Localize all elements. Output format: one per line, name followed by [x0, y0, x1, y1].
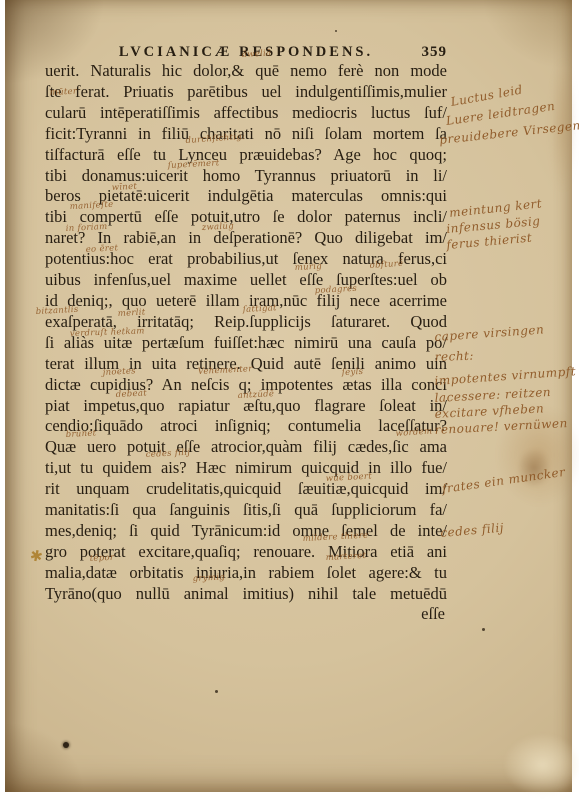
- page-number: 359: [422, 44, 448, 61]
- book-page: LVCIANICÆ RESPONDENS. 359 uerit. Natural…: [5, 0, 572, 792]
- wormhole-dot: [63, 742, 69, 748]
- text-line: rit unquam crudelitatis,quicquid ſæuitiæ…: [45, 479, 447, 500]
- paper-speck: [215, 690, 218, 693]
- interlinear-gloss: antzūdē: [237, 389, 274, 401]
- interlinear-gloss: ſeyls: [341, 367, 363, 378]
- margin-annotation: cedes filij: [440, 520, 505, 540]
- text-line: ſte ferat. Priuatis parētibus uel indulg…: [45, 82, 447, 103]
- margin-annotation: frates ein muncker: [441, 465, 566, 496]
- interlinear-gloss: mūrig: [294, 262, 322, 273]
- interlinear-gloss: marteret: [325, 551, 366, 563]
- text-line: tibi donamus:uicerit homo Tyrannus priua…: [45, 166, 447, 187]
- interlinear-gloss: mūter: [49, 87, 77, 98]
- page-corner-shadow-top-right: [482, 0, 572, 70]
- text-line: uerit. Naturalis hic dolor,& quē nemo fe…: [45, 61, 447, 82]
- paper-speck: [482, 628, 485, 631]
- text-line: Tyrāno(quo nullū animal imitius) nihil t…: [45, 584, 447, 605]
- text-line: Quæ uero potuit eſſe atrocior,quàm filij…: [45, 437, 447, 458]
- text-line: uibus infenſus,uel maxime uellet eſſe ſu…: [45, 270, 447, 291]
- page-corner-shadow-bottom-left: [5, 722, 85, 792]
- text-line: cularū intēperatiſſimis affectibus medio…: [45, 103, 447, 124]
- interlinear-gloss: zwalūg: [201, 221, 234, 233]
- margin-flower-mark-icon: ✱: [28, 546, 44, 566]
- interlinear-gloss: brünet: [65, 428, 96, 440]
- pale-stain: [505, 735, 579, 795]
- text-line: manitatis:ſi qua ſanguinis ſitis,ſi quā …: [45, 500, 447, 521]
- catchword: eſſe: [421, 604, 445, 624]
- margin-annotation: capere virsingen: [434, 322, 545, 344]
- margin-annotation: impotentes virnumpft: [434, 364, 576, 388]
- interlinear-gloss: merlit: [117, 308, 145, 319]
- text-line: tiſfacturā eſſe tu Lynceu præuidebas? Ag…: [45, 145, 447, 166]
- text-line: malia,datæ orbitatis iniuria,in rabiem ſ…: [45, 563, 447, 584]
- interlinear-gloss: jnoetes: [102, 366, 136, 378]
- text-line: ficit:Tyranni in filiū charitati nō niſi…: [45, 124, 447, 145]
- text-line: ti,ut tu quidem ais? Hæc nimirum quicqui…: [45, 458, 447, 479]
- interlinear-gloss: wīnet: [111, 182, 137, 193]
- text-line: mes,deniq; ſi quid Tyrānicum:id omne ſem…: [45, 521, 447, 542]
- interlinear-gloss: grymig: [192, 572, 225, 584]
- margin-annotation: recht:: [435, 349, 475, 364]
- interlinear-gloss: ſattigat: [242, 303, 277, 315]
- interlinear-gloss: debeat: [115, 388, 147, 400]
- text-line: cendio:ſiquādo atroci inſigniq; contumel…: [45, 416, 447, 437]
- paper-speck: [335, 30, 337, 32]
- interlinear-gloss: eo ēret: [85, 243, 118, 255]
- interlinear-gloss: āweliā: [241, 48, 271, 60]
- interlinear-gloss: tēpor: [89, 553, 114, 564]
